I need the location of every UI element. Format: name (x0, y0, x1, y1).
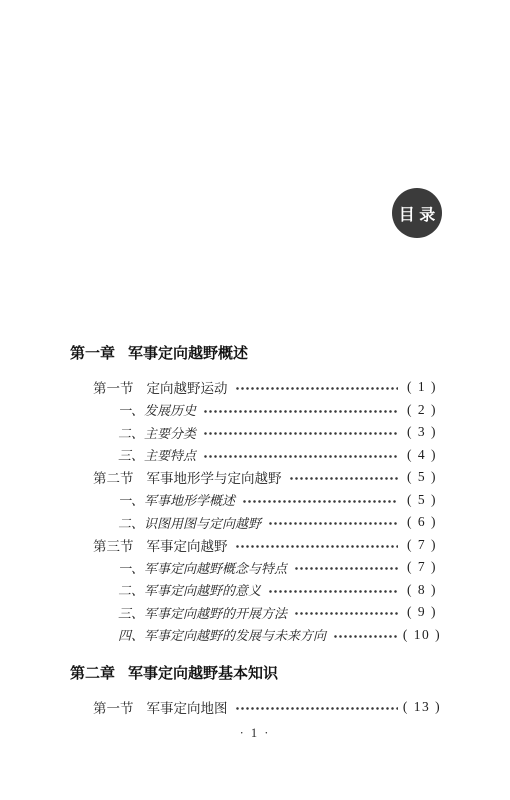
toc-entry-page: ( 3 ) (402, 424, 442, 440)
toc-entry-page: ( 5 ) (402, 492, 442, 508)
page-number: · 1 · (240, 726, 271, 740)
toc-entry-title: 一、军事地形学概述 (118, 490, 235, 509)
toc-entry-title: 定向越野运动 (147, 377, 228, 397)
toc-sub-row: 二、主要分类( 3 ) (70, 421, 442, 444)
toc-entry-label: 第二节 (93, 467, 134, 487)
toc-entry-label: 第一节 (93, 697, 134, 717)
dotted-leader (268, 517, 398, 530)
toc-entry-page: ( 7 ) (402, 537, 442, 553)
toc-section-row: 第一节定向越野运动( 1 ) (70, 376, 442, 399)
toc-entry-label: 第一节 (93, 377, 134, 397)
toc-entry-page: ( 9 ) (402, 604, 442, 620)
toc-section-row: 第三节军事定向越野( 7 ) (70, 534, 442, 557)
toc-sub-row: 一、军事地形学概述( 5 ) (70, 489, 442, 512)
toc-entry-title: 军事地形学与定向越野 (147, 467, 282, 487)
dotted-leader (203, 405, 398, 418)
toc-sub-row: 二、识图用图与定向越野( 6 ) (70, 511, 442, 534)
page-footer: · 1 · (0, 726, 510, 741)
dotted-leader (289, 472, 399, 485)
toc-entry-title: 三、军事定向越野的开展方法 (118, 603, 287, 622)
toc-entry-page: ( 5 ) (402, 469, 442, 485)
toc-entry-page: ( 10 ) (402, 627, 442, 643)
toc-sub-row: 一、军事定向越野概念与特点( 7 ) (70, 556, 442, 579)
toc-entry-page: ( 7 ) (402, 559, 442, 575)
toc-entry-page: ( 6 ) (402, 514, 442, 530)
dotted-leader (268, 585, 398, 598)
toc-sub-row: 三、军事定向越野的开展方法( 9 ) (70, 601, 442, 624)
dotted-leader (203, 450, 398, 463)
dotted-leader (242, 495, 398, 508)
toc-entry-title: 一、军事定向越野概念与特点 (118, 558, 287, 577)
toc-entry-title: 二、主要分类 (118, 423, 196, 442)
toc-entry-title: 军事定向地图 (147, 697, 228, 717)
toc-sub-row: 三、主要特点( 4 ) (70, 444, 442, 467)
toc-section-row: 第二节军事地形学与定向越野( 5 ) (70, 466, 442, 489)
toc-entry-title: 军事定向越野基本知识 (128, 662, 278, 683)
toc-entry-title: 二、军事定向越野的意义 (118, 580, 261, 599)
toc-sub-row: 一、发展历史( 2 ) (70, 399, 442, 422)
toc-entry-title: 军事定向越野概述 (128, 342, 248, 363)
toc-entry-page: ( 2 ) (402, 402, 442, 418)
toc-badge: 目 录 (392, 188, 442, 238)
toc-entry-label: 第三节 (93, 535, 134, 555)
dotted-leader (333, 630, 398, 643)
dotted-leader (235, 540, 399, 553)
toc-entry-page: ( 4 ) (402, 447, 442, 463)
toc-badge-label: 目 录 (399, 202, 435, 225)
toc-entry-title: 军事定向越野 (147, 535, 228, 555)
toc-entry-title: 一、发展历史 (118, 400, 196, 419)
dotted-leader (294, 562, 398, 575)
toc-entry-page: ( 8 ) (402, 582, 442, 598)
toc-sub-row: 四、军事定向越野的发展与未来方向( 10 ) (70, 624, 442, 647)
dotted-leader (235, 702, 399, 715)
dotted-leader (294, 607, 398, 620)
toc-entry-title: 四、军事定向越野的发展与未来方向 (118, 625, 326, 644)
toc-page: 目 录 第一章军事定向越野概述第一节定向越野运动( 1 )一、发展历史( 2 )… (0, 0, 510, 800)
toc-list: 第一章军事定向越野概述第一节定向越野运动( 1 )一、发展历史( 2 )二、主要… (70, 339, 442, 719)
dotted-leader (203, 427, 398, 440)
toc-chapter-row: 第二章军事定向越野基本知识 (70, 659, 442, 685)
toc-entry-title: 三、主要特点 (118, 445, 196, 464)
toc-entry-title: 二、识图用图与定向越野 (118, 513, 261, 532)
dotted-leader (235, 382, 399, 395)
toc-chapter-row: 第一章军事定向越野概述 (70, 339, 442, 365)
toc-entry-page: ( 1 ) (402, 379, 442, 395)
toc-sub-row: 二、军事定向越野的意义( 8 ) (70, 579, 442, 602)
toc-entry-label: 第一章 (70, 342, 115, 363)
toc-entry-page: ( 13 ) (402, 699, 442, 715)
toc-entry-label: 第二章 (70, 662, 115, 683)
toc-section-row: 第一节军事定向地图( 13 ) (70, 696, 442, 719)
